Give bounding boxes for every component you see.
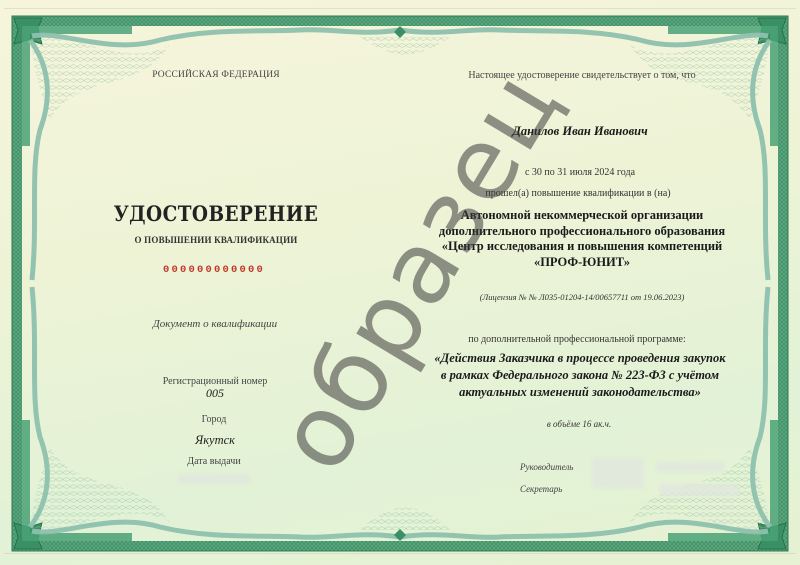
director-name-redacted xyxy=(656,462,724,472)
organization-line: «ПРОФ-ЮНИТ» xyxy=(439,255,725,271)
program-volume: в объёме 16 ак.ч. xyxy=(547,419,611,429)
holder-name: Данилов Иван Иванович xyxy=(512,124,647,139)
program-label: по дополнительной профессиональной прогр… xyxy=(468,334,686,345)
secretary-label: Секретарь xyxy=(520,484,562,494)
organization-line: Автономной некоммерческой организации xyxy=(439,208,725,224)
organization-name: Автономной некоммерческой организации до… xyxy=(439,208,725,270)
secretary-name-redacted xyxy=(660,484,738,496)
city-label: Город xyxy=(202,414,227,425)
license-info: (Лицензия № № Л035-01204-14/00657711 от … xyxy=(480,292,685,302)
country-label: РОССИЙСКАЯ ФЕДЕРАЦИЯ xyxy=(152,70,280,80)
program-line: в рамках Федерального закона № 223-ФЗ с … xyxy=(434,367,725,384)
program-line: «Действия Заказчика в процессе проведени… xyxy=(434,350,725,367)
program-line: актуальных изменений законодательства» xyxy=(434,384,725,401)
document-type: Документ о квалификации xyxy=(153,318,277,330)
signature-redacted xyxy=(592,458,644,488)
issue-date-label: Дата выдачи xyxy=(187,456,240,467)
training-dates: с 30 по 31 июля 2024 года xyxy=(525,167,635,178)
document-title: УДОСТОВЕРЕНИЕ xyxy=(114,201,319,226)
document-subtitle: О ПОВЫШЕНИИ КВАЛИФИКАЦИИ xyxy=(135,235,298,245)
serial-number: 000000000000 xyxy=(163,264,265,276)
program-title: «Действия Заказчика в процессе проведени… xyxy=(434,350,725,401)
city-value: Якутск xyxy=(195,433,235,448)
organization-line: дополнительного профессионального образо… xyxy=(439,224,725,240)
director-label: Руководитель xyxy=(520,462,573,472)
guilloche-border xyxy=(0,0,800,565)
completion-statement: прошел(а) повышение квалификации в (на) xyxy=(485,188,670,199)
registration-number: 005 xyxy=(206,386,224,401)
organization-line: «Центр исследования и повышения компетен… xyxy=(439,239,725,255)
issue-date-redacted xyxy=(178,474,250,484)
certificate-intro: Настоящее удостоверение свидетельствует … xyxy=(468,70,695,81)
